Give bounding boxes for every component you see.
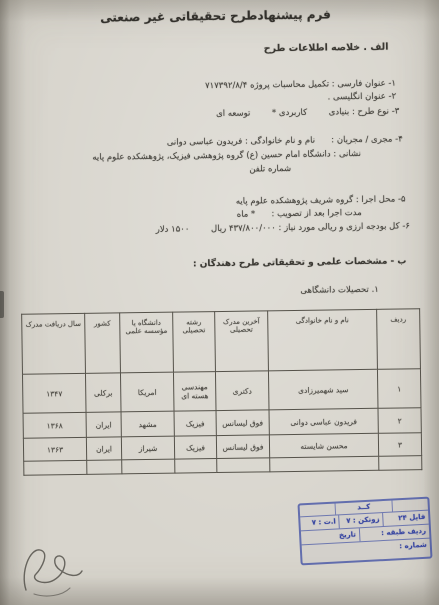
cell-degree-year: ۱۳۶۳ bbox=[23, 437, 86, 461]
scan-edge-smudge bbox=[0, 291, 4, 318]
cell-field-of-study: مهندسی هسته ای bbox=[173, 372, 216, 412]
section-a-heading: الف . خلاصه اطلاعات طرح bbox=[264, 42, 389, 56]
section-b-subheading: ۱. تحصیلات دانشگاهی bbox=[300, 285, 379, 297]
stamp-file-field: فایل ۲۴ bbox=[383, 511, 429, 526]
signature-scribble bbox=[16, 538, 88, 602]
field-location: ۵- محل اجرا : گروه شریف پژوهشکده علوم پا… bbox=[236, 194, 406, 207]
field-project-type: ۳- نوع طرح : بنیادی کاربردی * توسعه ای bbox=[216, 106, 399, 119]
col-university: دانشگاه یا مؤسسه علمی bbox=[120, 312, 174, 373]
stamp-binder-field: زونکن : ۷ bbox=[340, 513, 384, 528]
field-duration: مدت اجرا بعد از تصویب : * ماه bbox=[237, 208, 362, 220]
col-country: کشور bbox=[85, 313, 121, 373]
col-field-of-study: رشته تحصیلی bbox=[173, 312, 216, 373]
scanned-form-page: فرم پیشنهادطرح تحقیقاتی غیر صنعتی الف . … bbox=[0, 0, 439, 605]
table-row: ۱ سید شهمیرزادی دکتری مهندسی هسته ای امر… bbox=[22, 369, 421, 414]
col-row-number: ردیف bbox=[377, 309, 421, 370]
field-persian-title: ۱- عنوان فارسی : تکمیل محاسبات پروژه ۷۱۷… bbox=[205, 79, 396, 92]
field-english-title: ۲- عنوان انگلیسی . bbox=[328, 92, 397, 104]
education-table: ردیف نام و نام خانوادگی آخرین مدرک تحصیل… bbox=[21, 308, 422, 476]
archive-stamp: کــد فایل ۲۴ زونکن : ۷ ا.ت : ۷ ردیف طبقه… bbox=[297, 497, 432, 566]
field-executor-name: ۴- مجری / مجریان : نام و نام خانوادگی : … bbox=[167, 134, 403, 148]
field-executor-address: نشانی : دانشگاه امام حسین (ع) گروه پژوهش… bbox=[92, 149, 361, 163]
field-phone-number: شماره تلفن bbox=[249, 164, 291, 175]
cell-degree-year: ۱۳۶۸ bbox=[23, 412, 86, 438]
cell-field-of-study: فیزیک bbox=[174, 436, 216, 460]
cell-university: امریکا bbox=[120, 372, 174, 412]
cell-row-number: ۲ bbox=[378, 408, 421, 434]
field-budget: ۶- کل بودجه ارزی و ریالی مورد نیاز : ۴۳۷… bbox=[156, 221, 410, 235]
col-last-degree: آخرین مدرک تحصیلی bbox=[215, 311, 269, 372]
cell-country: برکلی bbox=[85, 373, 121, 412]
col-degree-year: سال دریافت مدرک bbox=[22, 313, 86, 374]
cell-last-degree: فوق لیسانس bbox=[216, 410, 269, 436]
cell-full-name: محسن شایسته bbox=[269, 433, 378, 458]
cell-degree-year: ۱۳۴۷ bbox=[22, 373, 86, 413]
cell-full-name: فریدون عباسی دوانی bbox=[269, 408, 378, 435]
cell-last-degree: فوق لیسانس bbox=[216, 435, 269, 459]
cell-last-degree: دکتری bbox=[215, 371, 269, 411]
stamp-misc-field: ا.ت : ۷ bbox=[300, 515, 340, 530]
cell-row-number: ۱ bbox=[377, 369, 421, 409]
cell-field-of-study: فیزیک bbox=[174, 411, 216, 437]
cell-full-name: سید شهمیرزادی bbox=[268, 369, 378, 410]
cell-country: ایران bbox=[86, 412, 121, 437]
form-title: فرم پیشنهادطرح تحقیقاتی غیر صنعتی bbox=[0, 6, 435, 26]
cell-row-number: ۳ bbox=[378, 433, 421, 457]
col-full-name: نام و نام خانوادگی bbox=[268, 309, 378, 371]
section-b-heading: ب - مشخصات علمی و تحقیقاتی طرح دهندگان : bbox=[193, 256, 407, 270]
cell-university: شیراز bbox=[121, 436, 174, 460]
table-header-row: ردیف نام و نام خانوادگی آخرین مدرک تحصیل… bbox=[22, 309, 421, 375]
cell-university: مشهد bbox=[121, 411, 174, 437]
cell-country: ایران bbox=[86, 437, 121, 460]
